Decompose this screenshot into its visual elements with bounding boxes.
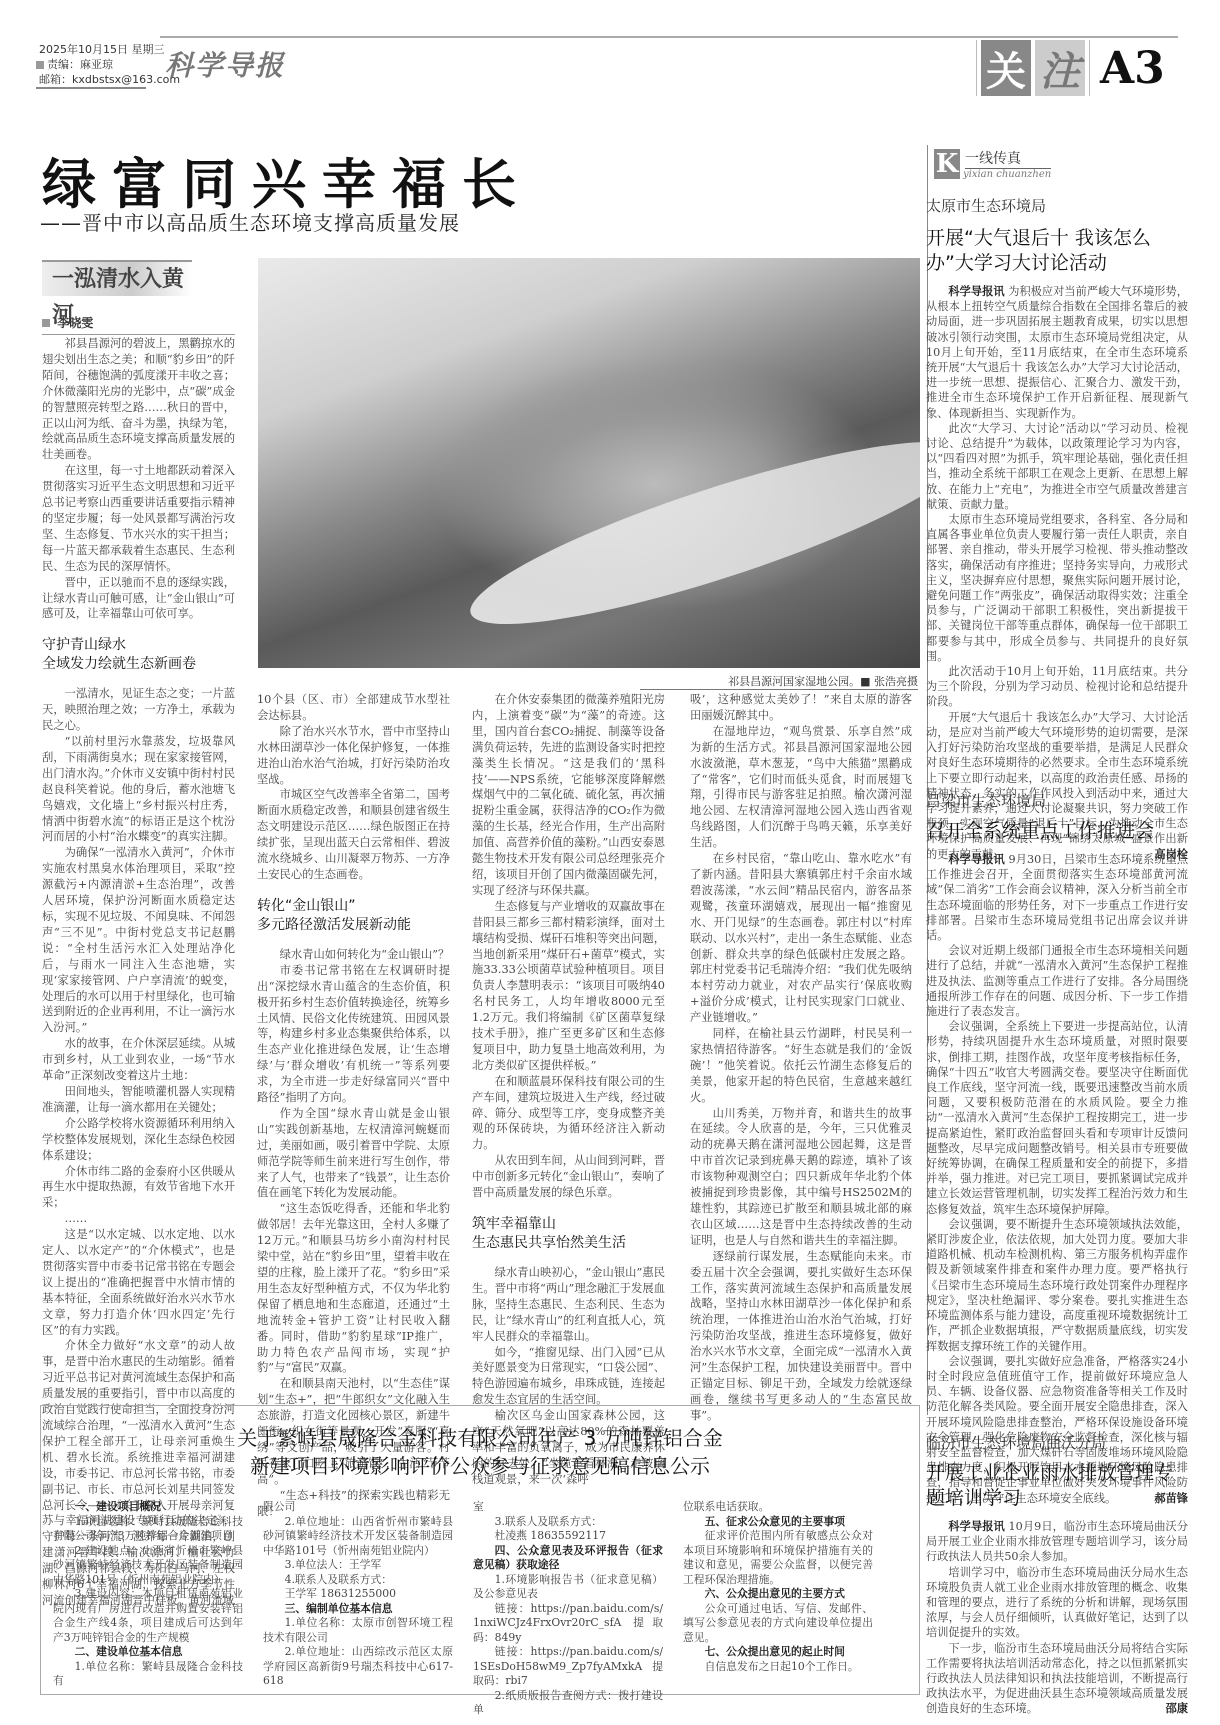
section-tag: 关 注 A3 — [976, 40, 1165, 96]
paragraph: “以前村里污水靠蒸发，垃圾靠风刮，下雨满街臭水；现在家家接管网，出门清水沟。”介… — [42, 734, 235, 845]
article-column-3: 在介休安泰集团的微藻养殖阳光房内，上演着变“碳”为“藻”的奇迹。这里，国内首台套… — [472, 692, 665, 1488]
notice-column-1: 一、建设项目概况 1.项目名称：繁峙县晟隆合金科技有限公司年产3万吨锌铝合金新建… — [53, 1500, 243, 1689]
column-badge-yixian: K 一线传真 yixian chuanzhen — [934, 148, 1051, 180]
article-org: 临汾市生态环境局曲沃分局 — [926, 1432, 1188, 1453]
notice-column-2: 限公司 2.单位地址：山西省忻州市繁峙县砂河镇繁峙经济技术开发区装备制造园中华路… — [263, 1500, 453, 1689]
article-column-4: 吸’，这种感觉太美妙了！”来自太原的游客田丽媛沉醉其中。 在湿地岸边，“观鸟赏景… — [690, 692, 912, 1424]
paragraph: 在乡村民宿，“靠山吃山、靠水吃水”有了新内涵。昔阳县大寨镇郭庄村千余亩水域碧波荡… — [690, 851, 912, 1026]
notice-column-4: 位联系电话获取。 五、征求公众意见的主要事项 征求评价范围内所有敏感点公众对本项… — [683, 1500, 873, 1674]
wetland-photo — [258, 258, 920, 668]
email[interactable]: 邮箱：kxdbstsx@163.com — [39, 72, 180, 87]
paragraph: 这是“以水定城、以水定地、以水定人、以水定产”的“介休模式”，也是贯彻落实晋中市… — [42, 1227, 235, 1338]
paragraph: “这生态饭吃得香，还能和华北豹做邻居！去年光靠这田，全村人多赚了12万元。”和顺… — [257, 1201, 450, 1376]
section-heading-1: 守护青山绿水全域发力绘就生态新画卷 — [42, 636, 235, 674]
square-bullet-icon — [42, 319, 50, 327]
square-bullet-icon — [36, 61, 44, 69]
notice-title: 关于繁峙县晟隆合金科技有限公司年产 3 万吨锌铝合金 新建项目环境影响评价公众参… — [41, 1424, 919, 1480]
section-char-2: 注 — [1035, 40, 1085, 96]
paragraph: 生态修复与产业增收的双赢故事在昔阳县三都乡三都村精彩演绎，面对土壤结构受损、煤矸… — [472, 899, 665, 1074]
paragraph: 10个县（区、市）全部建成节水型社会达标县。 — [257, 692, 450, 724]
sidebar-article-2: 吕梁市生态环境局 召开全系统重点工作推进会 科学导报讯 9月30日，吕梁市生态环… — [926, 790, 1188, 1506]
section-heading-3: 筑牢幸福靠山生态惠民共享怡然美生活 — [472, 1215, 665, 1253]
editor: 责编：麻亚琼 — [47, 57, 113, 72]
photo-caption: 祁县昌源河国家湿地公园。■ 张浩亮摄 — [640, 673, 918, 690]
article-body: 科学导报讯 为积极应对当前严峻大气环境形势，从根本上扭转空气质量综合指数在全国排… — [926, 284, 1188, 862]
download-link-1[interactable]: 链接：https://pan.baidu.com/s/1nxiWCJz4FrxO… — [473, 1602, 663, 1646]
paragraph: 吸’，这种感觉太美妙了！”来自太原的游客田丽媛沉醉其中。 — [690, 692, 912, 724]
issue-meta: 2025年10月15日 星期三 责编：麻亚琼 邮箱：kxdbstsx@163.c… — [36, 42, 146, 87]
issue-date: 2025年10月15日 星期三 — [39, 42, 165, 57]
paragraph: 在和顺蓝晨环保科技有限公司的生产车间，建筑垃圾进入生产线，经过破碎、筛分、成型等… — [472, 1074, 665, 1154]
column-name: 一线传真 — [965, 148, 1051, 169]
paragraph: 逐绿前行谋发展，生态赋能向未来。市委五届十次全会强调，要扎实做好生态环保工作，落… — [690, 1249, 912, 1424]
river-shape — [457, 410, 920, 656]
article-body: 科学导报讯 9月30日，吕梁市生态环境系统重点工作推进会召开，全面贯彻落实生态环… — [926, 852, 1188, 1506]
article-column-2: 10个县（区、市）全部建成节水型社会达标县。 除了治水兴水节水，晋中市坚持山水林… — [257, 692, 450, 1520]
notice-column-3: 室 3.联系人及联系方式： 杜凌燕 18635592117 四、公众意见表及环评… — [473, 1500, 663, 1718]
article-title: 开展工业企业雨水排放管理专题培训学习 — [926, 1461, 1188, 1511]
byline: 李晓雯 — [42, 314, 235, 335]
column-pinyin: yixian chuanzhen — [963, 169, 1051, 180]
download-link-2[interactable]: 链接：https://pan.baidu.com/s/1SEsDoH58wM9_… — [473, 1645, 663, 1689]
paragraph: 水的故事，在介休深层延续。从城市到乡村，从工业到农业，一场“节水革命”正深刻改变… — [42, 1036, 235, 1084]
newspaper-logo: 科学导报 — [165, 44, 285, 84]
author-name: 李晓雯 — [57, 314, 93, 331]
top-rule — [160, 36, 1178, 38]
paragraph: 市城区空气改善率全省第二，国考断面水质稳定改善，和顺县创建省级生态文明建设示范区… — [257, 787, 450, 882]
article-title: 开展“大气退后十 我该怎么办”大学习大讨论活动 — [926, 226, 1188, 276]
paragraph: 除了治水兴水节水，晋中市坚持山水林田湖草沙一体化保护修复，一体推进治山治水治气治… — [257, 724, 450, 788]
article-org: 吕梁市生态环境局 — [926, 790, 1188, 811]
paragraph: 晋中，正以驰而不息的逐绿实践，让绿水青山可触可感，让“金山银山”可感可及，让幸福… — [42, 575, 235, 623]
paragraph: 山川秀美，万物并育，和谐共生的故事在延续。令人欣喜的是，今年，三只优雅灵动的疣鼻… — [690, 1106, 912, 1249]
divider — [976, 40, 977, 96]
paragraph: 一泓清水，见证生态之变；一片蓝天，映照治理之效；一方净土，承载为民之心。 — [42, 686, 235, 734]
paragraph: 绿水青山如何转化为“金山银山”？ — [257, 947, 450, 963]
main-subheadline: ——晋中市以高品质生态环境支撑高质量发展 — [40, 207, 460, 236]
paragraph: 作为全国“绿水青山就是金山银山”实践创新基地，左权清漳河蜿蜒而过，美丽如画，吸引… — [257, 1106, 450, 1201]
article-author: 邵康 — [1143, 1701, 1188, 1716]
public-notice-box: 关于繁峙县晟隆合金科技有限公司年产 3 万吨锌铝合金 新建项目环境影响评价公众参… — [40, 1405, 920, 1695]
paragraph: 介休市纬二路的金泰府小区供暖从再生水中提取热源，有效节省地下水开采； — [42, 1164, 235, 1212]
paragraph: 田间地头，智能喷灌机器人实现精准滴灌，让每一滴水都用在关键处； — [42, 1084, 235, 1116]
article-body: 科学导报讯 10月9日，临汾市生态环境局曲沃分局开展工业企业雨水排放管理专题培训… — [926, 1519, 1188, 1717]
page-number: A3 — [1100, 43, 1165, 94]
paragraph: 为确保“一泓清水入黄河”，介休市实施农村黑臭水体治理项目，采取“控源截污+内源清… — [42, 845, 235, 1036]
k-badge-icon: K — [934, 149, 960, 179]
paragraph: 如今，“推窗见绿、出门入园”已从美好愿景变为日常现实，“口袋公园”、特色游园遍布… — [472, 1345, 665, 1409]
paragraph: 市委书记常书铭在左权调研时提出“深挖绿水青山蕴含的生态价值，积极开拓乡村生态价值… — [257, 963, 450, 1106]
article-org: 太原市生态环境局 — [926, 195, 1188, 216]
paragraph: 在介休安泰集团的微藻养殖阳光房内，上演着变“碳”为“藻”的奇迹。这里，国内首台套… — [472, 692, 665, 899]
paragraph: 从农田到车间，从山间到河畔，晋中市创新多元转化“金山银山”，奏响了晋中高质量发展… — [472, 1153, 665, 1201]
paragraph: 祁县昌源河的碧波上，黑鹳掠水的翅尖划出生态之美；和顺“豹乡田”的阡陌间，谷穗饱满… — [42, 336, 235, 463]
paragraph: 同样，在榆社县云竹湖畔，村民吴利一家热情招待游客。“好生态就是我们的‘金饭碗’！… — [690, 1026, 912, 1106]
divider — [1089, 40, 1090, 96]
article-tag-banner: 一泓清水入黄河 — [42, 260, 192, 296]
paragraph: …… — [42, 1211, 235, 1227]
paragraph: 绿水青山映初心，“金山银山”惠民生。晋中市将“两山”理念融汇于发展血脉，坚持生态… — [472, 1265, 665, 1345]
article-title: 召开全系统重点工作推进会 — [926, 819, 1188, 844]
paragraph: 介公路学校将水资源循环利用纳入学校整体发展规划，深化生态绿色校园体系建设； — [42, 1116, 235, 1164]
section-char-1: 关 — [981, 40, 1031, 96]
paragraph: 在湿地岸边，“观鸟赏景、乐享自然”成为新的生活方式。祁县昌源河国家湿地公园水波潋… — [690, 724, 912, 851]
meta-rule — [36, 87, 146, 89]
paragraph: 在这里，每一寸土地都跃动着深入贯彻落实习近平生态文明思想和习近平总书记考察山西重… — [42, 463, 235, 574]
sidebar-article-3: 临汾市生态环境局曲沃分局 开展工业企业雨水排放管理专题培训学习 科学导报讯 10… — [926, 1432, 1188, 1717]
section-heading-2: 转化“金山银山”多元路径激活发展新动能 — [257, 897, 450, 935]
sidebar-article-1: 太原市生态环境局 开展“大气退后十 我该怎么办”大学习大讨论活动 科学导报讯 为… — [926, 195, 1188, 862]
